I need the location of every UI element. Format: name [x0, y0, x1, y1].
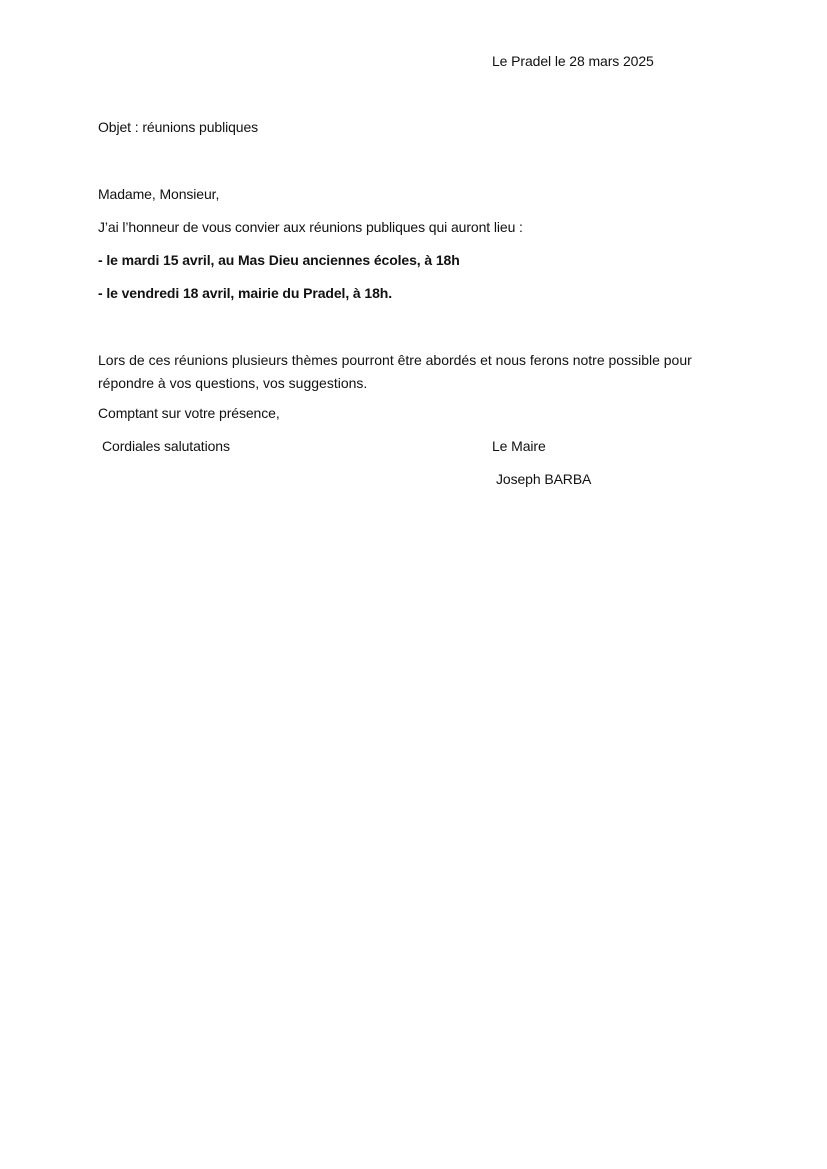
- intro-sentence: J’ai l’honneur de vous convier aux réuni…: [98, 218, 523, 236]
- subject-line: Objet : réunions publiques: [98, 118, 258, 136]
- place-and-date: Le Pradel le 28 mars 2025: [492, 52, 654, 70]
- signer-name: Joseph BARBA: [496, 470, 591, 488]
- regards: Cordiales salutations: [102, 437, 230, 455]
- signer-title: Le Maire: [492, 437, 546, 455]
- meeting-item: - le vendredi 18 avril, mairie du Pradel…: [98, 284, 392, 302]
- greeting: Madame, Monsieur,: [98, 185, 219, 203]
- meeting-item: - le mardi 15 avril, au Mas Dieu ancienn…: [98, 251, 460, 269]
- closing-line: Comptant sur votre présence,: [98, 404, 280, 422]
- body-paragraph: Lors de ces réunions plusieurs thèmes po…: [98, 349, 738, 395]
